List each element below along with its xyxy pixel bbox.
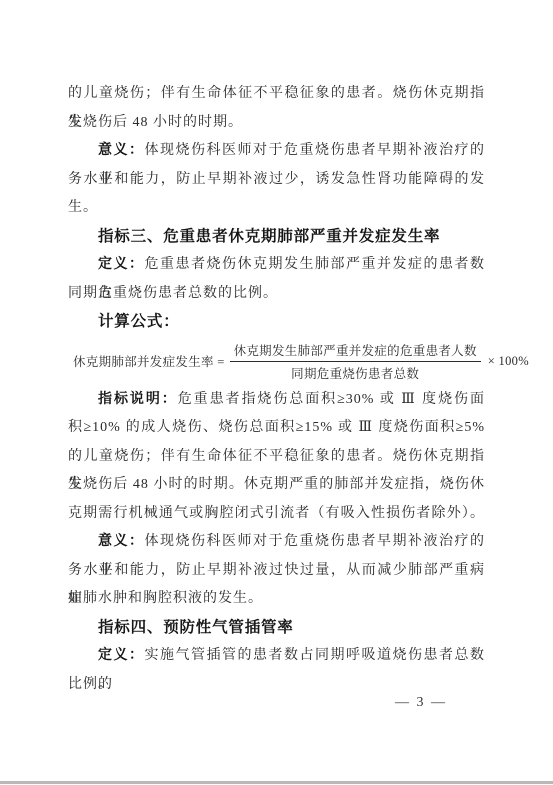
scan-edge-artifact (0, 781, 553, 784)
text-segment: 计算公式： (98, 313, 180, 330)
term-label: 指标说明： (98, 392, 178, 407)
doc-text-line: 意义：体现烧伤科医师对于危重烧伤患者早期补液治疗的业 (68, 137, 485, 166)
doc-text-line: 意义：体现烧伤科医师对于危重烧伤患者早期补液治疗的业 (68, 528, 485, 557)
text-segment: 生烧伤后 48 小时的时期。休克期严重的肺部并发症指，烧伤休 (68, 477, 485, 492)
formula-rhs: × 100% (488, 354, 529, 369)
doc-text-line: 定义：实施气管插管的患者数占同期呼吸道烧伤患者总数的 (68, 642, 485, 671)
text-segment: 务水平和能力，防止早期补液过少，诱发急性肾功能障碍的发 (68, 172, 485, 187)
doc-text-line: 同期危重烧伤患者总数的比例。 (68, 280, 485, 309)
doc-text-line: 积≥10% 的成人烧伤、烧伤总面积≥15% 或 Ⅲ 度烧伤面积≥5% (68, 414, 485, 443)
text-segment: 生烧伤后 48 小时的时期。 (68, 115, 243, 130)
doc-text-line: 定义：危重患者烧伤休克期发生肺部严重并发症的患者数占 (68, 251, 485, 280)
doc-text-line: 的儿童烧伤；伴有生命体征不平稳征象的患者。烧伤休克期指发 (68, 443, 485, 472)
text-segment: 指标三、危重患者休克期肺部严重并发症发生率 (98, 228, 440, 245)
text-segment: 危重患者指烧伤总面积≥30% 或 Ⅲ 度烧伤面 (178, 392, 485, 407)
text-segment: 生。 (68, 200, 98, 215)
doc-text-line: 生烧伤后 48 小时的时期。休克期严重的肺部并发症指，烧伤休 (68, 471, 485, 500)
text-segment: 比例。 (68, 677, 113, 692)
doc-text-line: 指标说明：危重患者指烧伤总面积≥30% 或 Ⅲ 度烧伤面 (68, 386, 485, 415)
text-segment: 积≥10% 的成人烧伤、烧伤总面积≥15% 或 Ⅲ 度烧伤面积≥5% (68, 420, 485, 435)
doc-text-line: 生。 (68, 194, 485, 223)
page-number: — 3 — (0, 695, 553, 711)
text-segment: 如肺水肿和胸腔积液的发生。 (68, 591, 263, 606)
section-heading: 指标四、预防性气管插管率 (68, 614, 485, 643)
term-label: 意义： (98, 143, 145, 158)
term-label: 定义： (98, 257, 145, 272)
doc-text-line: 生烧伤后 48 小时的时期。 (68, 109, 485, 138)
section-heading: 计算公式： (68, 308, 485, 337)
formula-fraction: 休克期发生肺部严重并发症的危重患者人数同期危重烧伤患者总数 (230, 341, 481, 382)
document-page: 的儿童烧伤；伴有生命体征不平稳征象的患者。烧伤休克期指发生烧伤后 48 小时的时… (0, 0, 553, 785)
term-label: 定义： (98, 648, 145, 663)
doc-text-line: 克期需行机械通气或胸腔闭式引流者（有吸入性损伤者除外）。 (68, 500, 485, 529)
term-label: 意义： (98, 534, 145, 549)
formula-lhs: 休克期肺部并发症发生率 = (73, 352, 225, 370)
doc-text-line: 的儿童烧伤；伴有生命体征不平稳征象的患者。烧伤休克期指发 (68, 80, 485, 109)
doc-text-line: 务水平和能力，防止早期补液过快过量，从而减少肺部严重病症 (68, 557, 485, 586)
doc-text-line: 务水平和能力，防止早期补液过少，诱发急性肾功能障碍的发 (68, 166, 485, 195)
text-segment: 同期危重烧伤患者总数的比例。 (68, 286, 278, 301)
doc-text-line: 如肺水肿和胸腔积液的发生。 (68, 585, 485, 614)
text-segment: 指标四、预防性气管插管率 (98, 619, 294, 636)
formula-denominator: 同期危重烧伤患者总数 (230, 362, 481, 382)
section-heading: 指标三、危重患者休克期肺部严重并发症发生率 (68, 223, 485, 252)
text-segment: 克期需行机械通气或胸腔闭式引流者（有吸入性损伤者除外）。 (68, 506, 485, 521)
calculation-formula: 休克期肺部并发症发生率 =休克期发生肺部严重并发症的危重患者人数同期危重烧伤患者… (68, 337, 485, 386)
formula-numerator: 休克期发生肺部严重并发症的危重患者人数 (230, 341, 481, 362)
page-content: 的儿童烧伤；伴有生命体征不平稳征象的患者。烧伤休克期指发生烧伤后 48 小时的时… (68, 80, 485, 699)
